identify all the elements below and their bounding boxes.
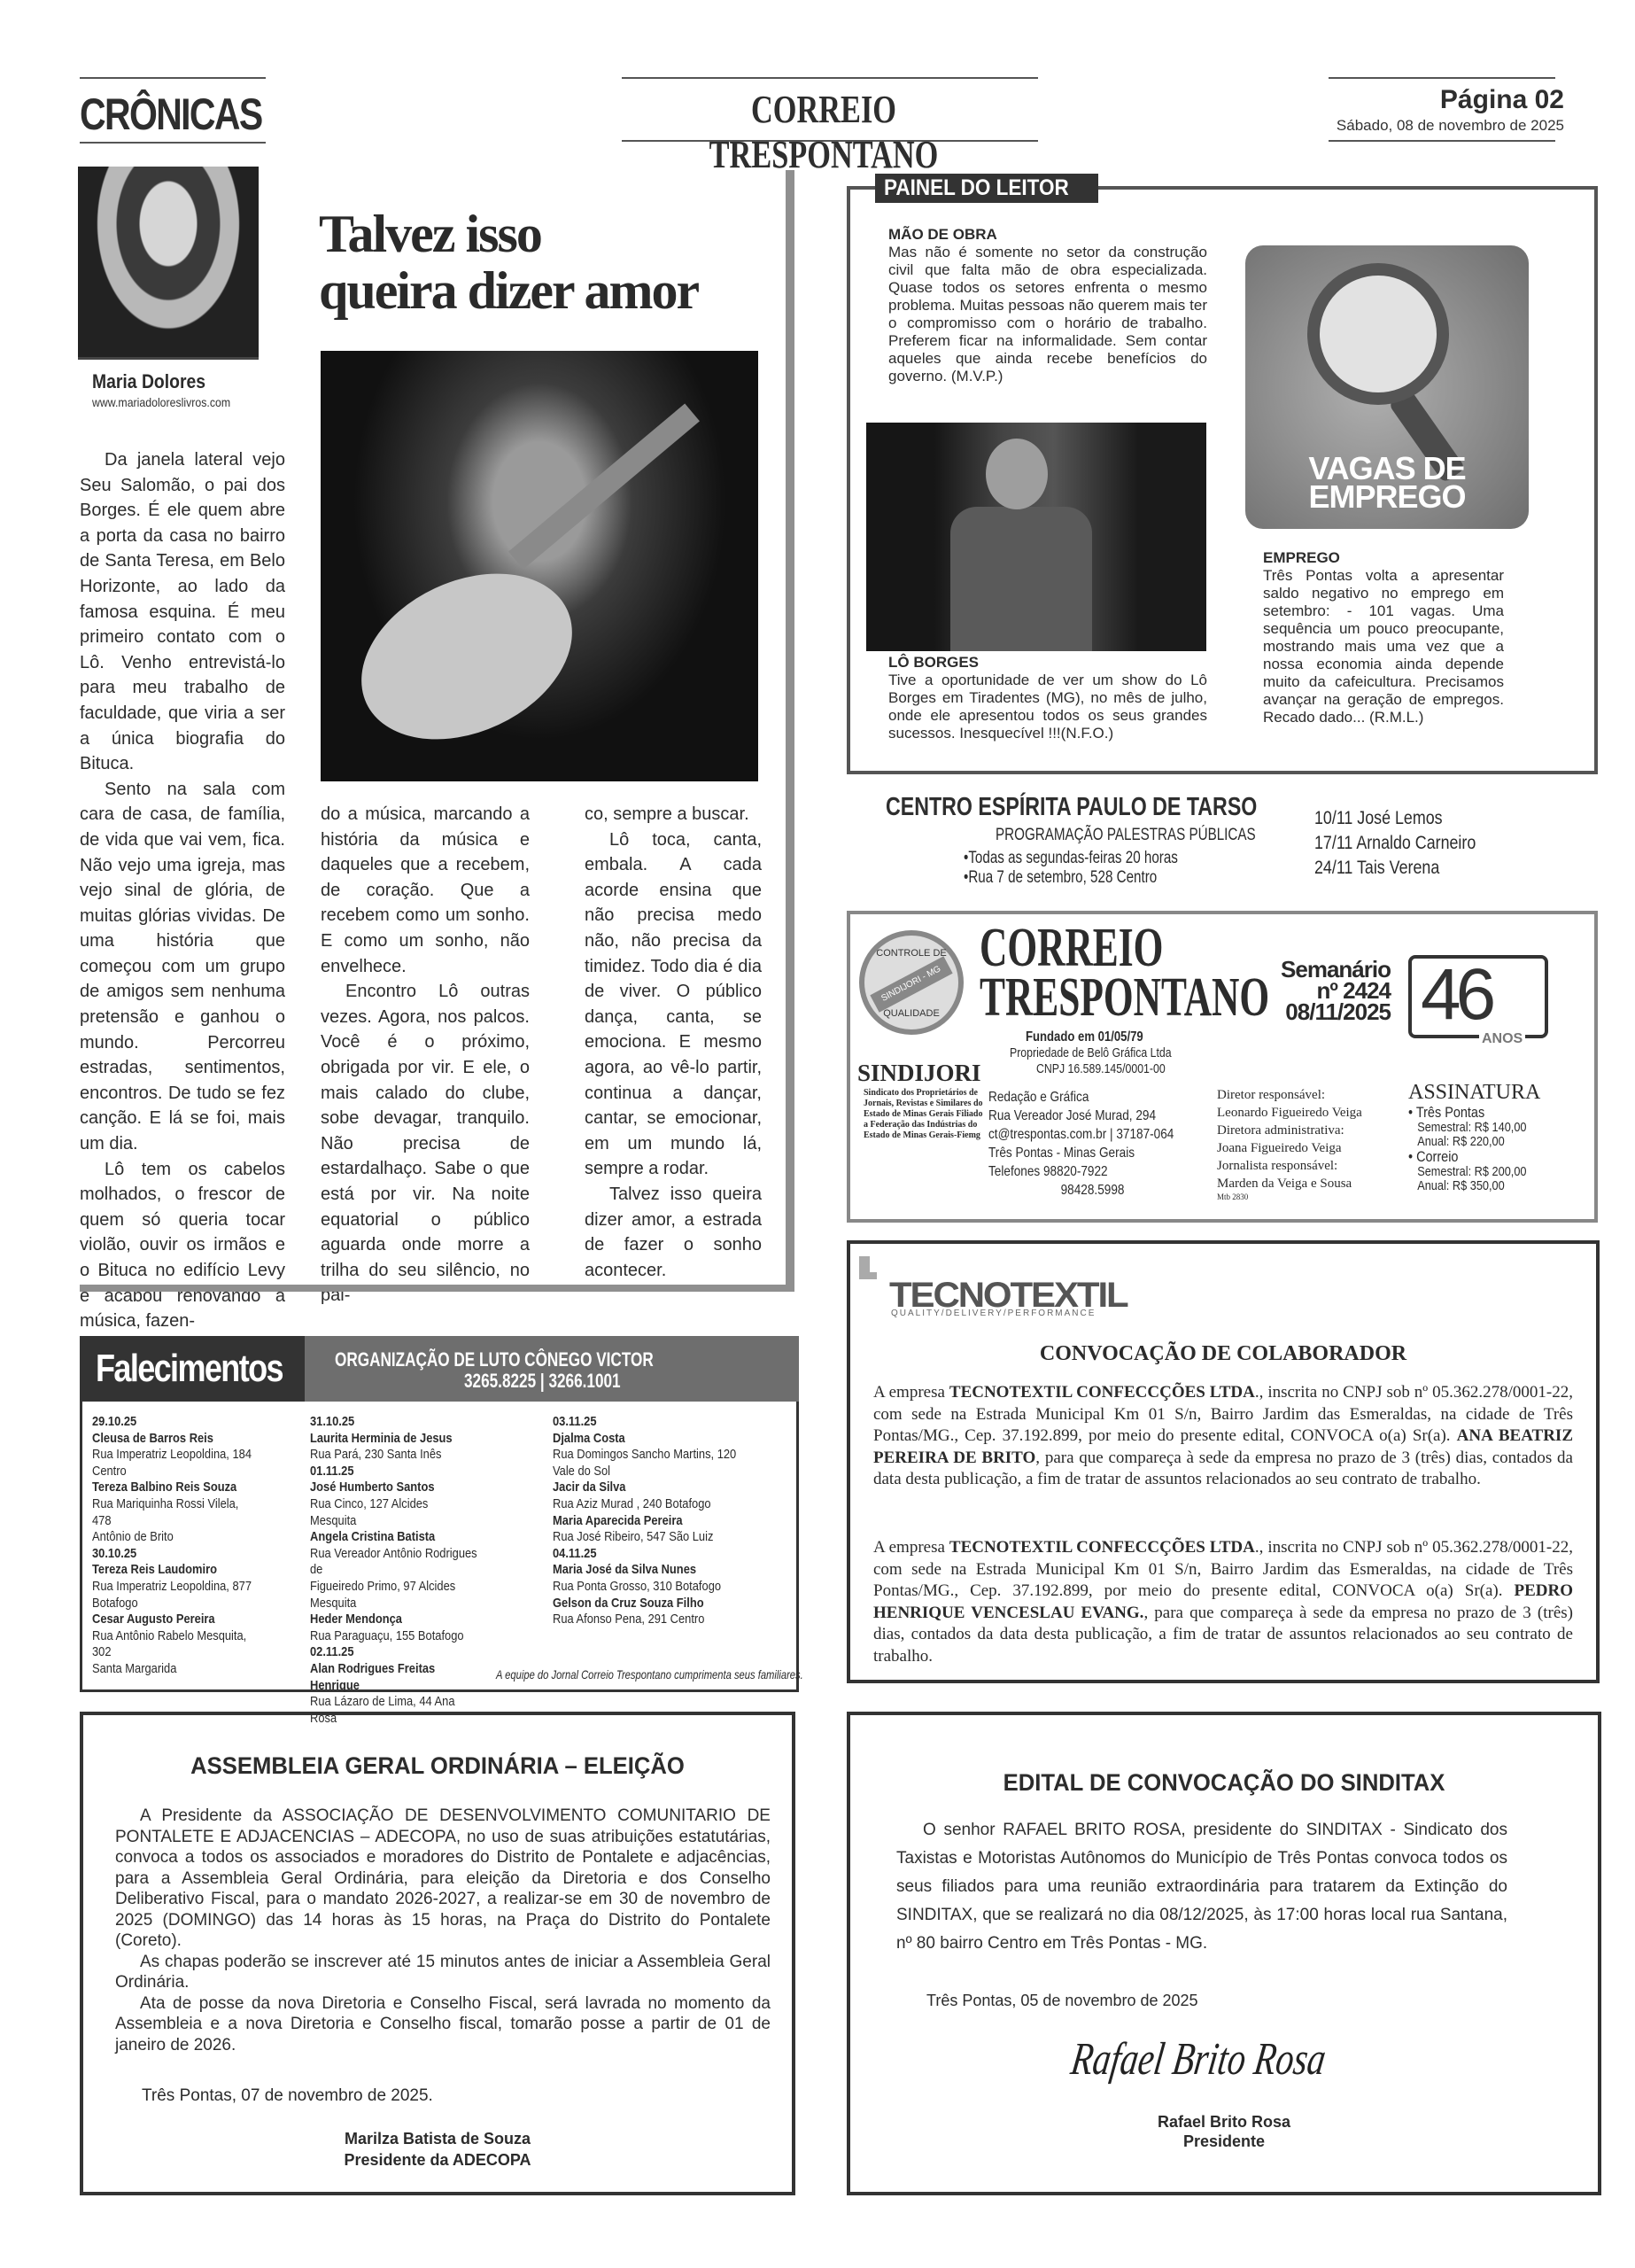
signer-role: Presidente — [847, 2132, 1601, 2151]
header-rule — [1329, 140, 1555, 142]
vagas-image-caption: VAGAS DE EMPREGO — [1245, 454, 1529, 511]
subscription-price: Anual: R$ 220,00 — [1408, 1135, 1527, 1149]
paragraph: co, sempre a buscar. — [585, 802, 762, 827]
letter-title: MÃO DE OBRA — [888, 226, 1207, 244]
obituary-date: 02.11.25 — [310, 1644, 477, 1661]
sinditax-title: EDITAL DE CONVOCAÇÃO DO SINDITAX — [865, 1769, 1582, 1797]
falecimentos-footer: A equipe do Jornal Correio Trespontano c… — [496, 1667, 803, 1682]
signer-name: Marilza Batista de Souza — [80, 2128, 795, 2149]
funeral-home-name: ORGANIZAÇÃO DE LUTO CÔNEGO VICTOR — [335, 1348, 654, 1371]
subscription-price: Semestral: R$ 200,00 — [1408, 1165, 1527, 1179]
author-website[interactable]: www.mariadoloreslivros.com — [92, 395, 230, 409]
sindijori-logo: SINDIJORI — [857, 1060, 981, 1087]
sinditax-signer: Rafael Brito Rosa Presidente — [847, 2112, 1601, 2151]
staff-list: Diretor responsável: Leonardo Figueiredo… — [1217, 1086, 1362, 1201]
obituary-date: 31.10.25 — [310, 1414, 477, 1431]
obituary-address: Botafogo — [92, 1596, 260, 1612]
owner: Propriedade de Belô Gráfica Ltda — [1010, 1045, 1172, 1060]
centro-espirita-subtitle: PROGRAMAÇÃO PALESTRAS PÚBLICAS — [996, 826, 1256, 845]
obituary-address: Santa Margarida — [92, 1661, 260, 1678]
obituary-address: Rua Imperatriz Leopoldina, 184 — [92, 1447, 260, 1464]
centro-espirita-bullet: •Todas as segundas-feiras 20 horas — [964, 849, 1178, 868]
schedule-item: 24/11 Tais Verena — [1314, 856, 1476, 881]
photo-figure — [950, 507, 1092, 651]
header-rule — [80, 142, 266, 144]
staff-line: Joana Figueiredo Veiga — [1217, 1139, 1362, 1157]
guitar-body — [335, 541, 599, 772]
obituary-address: Rua Vereador Antônio Rodrigues de — [310, 1546, 477, 1579]
tecnotextil-paragraph-1: A empresa TECNOTEXTIL CONFECCÇÕES LTDA.,… — [873, 1382, 1573, 1491]
article-frame-right — [786, 170, 794, 1288]
paragraph: A Presidente da ASSOCIAÇÃO DE DESENVOLVI… — [115, 1806, 771, 1952]
assembleia-title: ASSEMBLEIA GERAL ORDINÁRIA – ELEIÇÃO — [97, 1752, 778, 1780]
contact-phone: 98428.5998 — [988, 1181, 1174, 1200]
obituary-address: Centro — [92, 1464, 260, 1480]
subscription-info: ASSINATURA • Três Pontas Semestral: R$ 1… — [1408, 1081, 1547, 1193]
subscription-price: Semestral: R$ 140,00 — [1408, 1121, 1527, 1135]
logo-line: TRESPONTANO — [980, 973, 1269, 1022]
quality-seal-icon: CONTROLE DE SINDIJORI - MG QUALIDADE — [859, 930, 964, 1035]
paragraph: Ata de posse da nova Diretoria e Conselh… — [115, 1993, 771, 2056]
centro-espirita-title: CENTRO ESPÍRITA PAULO DE TARSO — [886, 793, 1257, 822]
header-rule — [80, 77, 266, 79]
letter-mao-de-obra: MÃO DE OBRA Mas não é somente no setor d… — [888, 226, 1207, 385]
obituary-address: Rua Aziz Murad , 240 Botafogo — [553, 1496, 751, 1513]
paragraph: Encontro Lô outras vezes. Agora, nos pal… — [321, 979, 530, 1309]
paragraph: Lô tem os cabelos molhados, o frescor de… — [80, 1157, 285, 1334]
obituary-column-1: 29.10.25Cleusa de Barros ReisRua Imperat… — [92, 1414, 260, 1678]
article-headline: Talvez isso queira dizer amor — [319, 206, 698, 319]
page-number: Página 02 — [1440, 85, 1564, 115]
company-name: TECNOTEXTIL CONFECCÇÕES LTDA — [949, 1383, 1255, 1402]
obituary-name: Cleusa de Barros Reis — [92, 1431, 260, 1448]
obituary-name: Alan Rodrigues Freitas Henrique — [310, 1661, 477, 1694]
anniversary-number: 46 — [1421, 953, 1491, 1037]
article-column-3: co, sempre a buscar. Lô toca, canta, emb… — [585, 802, 762, 1283]
obituary-name: Djalma Costa — [553, 1431, 751, 1448]
obituary-name: Laurita Herminia de Jesus — [310, 1431, 477, 1448]
contact-line: Redação e Gráfica — [988, 1088, 1174, 1107]
issue-date: Sábado, 08 de novembro de 2025 — [1337, 117, 1564, 135]
obituary-address: Figueiredo Primo, 97 Alcides Mesquita — [310, 1579, 477, 1612]
letter-text: Três Pontas volta a apresentar saldo neg… — [1263, 567, 1504, 726]
logo-line: CORREIO — [980, 923, 1269, 973]
header-rule — [622, 77, 1038, 79]
signer-role: Presidente da ADECOPA — [80, 2149, 795, 2171]
staff-line: Diretora administrativa: — [1217, 1122, 1362, 1139]
assembleia-date: Três Pontas, 07 de novembro de 2025. — [142, 2086, 433, 2106]
palestras-schedule: 10/11 José Lemos 17/11 Arnaldo Carneiro … — [1314, 806, 1476, 881]
anniversary-badge-icon: 46 ANOS — [1408, 955, 1548, 1038]
subscription-title: ASSINATURA — [1408, 1081, 1547, 1105]
obituary-name: Angela Cristina Batista — [310, 1529, 477, 1546]
assembleia-body: A Presidente da ASSOCIAÇÃO DE DESENVOLVI… — [115, 1806, 771, 2055]
newspaper-logo: CORREIO TRESPONTANO — [980, 923, 1269, 1022]
obituary-address: Rua José Ribeiro, 547 São Luiz — [553, 1529, 751, 1546]
letter-text: Tive a oportunidade de ver um show do Lô… — [888, 672, 1207, 742]
obituary-date: 30.10.25 — [92, 1546, 260, 1563]
paragraph: As chapas poderão se inscrever até 15 mi… — [115, 1952, 771, 1993]
obituary-date: 04.11.25 — [553, 1546, 751, 1563]
obituary-name: Jacir da Silva — [553, 1480, 751, 1496]
obituary-column-2: 31.10.25Laurita Herminia de JesusRua Par… — [310, 1414, 477, 1727]
subscription-option: • Três Pontas — [1408, 1105, 1527, 1121]
vagas-de-emprego-image: VAGAS DE EMPREGO — [1245, 245, 1529, 529]
obituary-address: Vale do Sol — [553, 1464, 751, 1480]
tecnotextil-title: CONVOCAÇÃO DE COLABORADOR — [847, 1342, 1600, 1366]
header-rule — [1329, 77, 1555, 79]
obituary-date: 01.11.25 — [310, 1464, 477, 1480]
obituary-address: Rua Ponta Grosso, 310 Botafogo — [553, 1579, 751, 1596]
article-frame-bottom — [80, 1285, 794, 1292]
subscription-option: • Correio — [1408, 1149, 1527, 1165]
obituary-column-3: 03.11.25Djalma CostaRua Domingos Sancho … — [553, 1414, 751, 1628]
obituary-address: Rua Paraguaçu, 155 Botafogo — [310, 1628, 477, 1645]
obituary-name: Maria José da Silva Nunes — [553, 1562, 751, 1579]
contact-email[interactable]: ct@trespontas.com.br | 37187-064 — [988, 1125, 1174, 1144]
sinditax-body: O senhor RAFAEL BRITO ROSA, presidente d… — [896, 1816, 1507, 1958]
letter-title: LÔ BORGES — [888, 654, 1207, 672]
contact-line: Rua Vereador José Murad, 294 — [988, 1107, 1174, 1125]
obituary-date: 29.10.25 — [92, 1414, 260, 1431]
falecimentos-title: Falecimentos — [96, 1347, 283, 1391]
company-name: TECNOTEXTIL CONFECCÇÕES LTDA — [949, 1538, 1255, 1557]
obituary-name: Gelson da Cruz Souza Filho — [553, 1596, 751, 1612]
schedule-item: 10/11 José Lemos — [1314, 806, 1476, 831]
paragraph: Sento na sala com cara de casa, de famíl… — [80, 777, 285, 1157]
assembleia-signer: Marilza Batista de Souza Presidente da A… — [80, 2128, 795, 2171]
headline-line: Talvez isso — [319, 206, 698, 262]
funeral-home-phones: 3265.8225 | 3266.1001 — [464, 1370, 621, 1393]
staff-line: Marden da Veiga e Sousa — [1217, 1175, 1362, 1192]
tecnotextil-tagline: QUALITY/DELIVERY/PERFORMANCE — [891, 1309, 1096, 1318]
author-name: Maria Dolores — [92, 370, 205, 393]
obituary-name: José Humberto Santos — [310, 1480, 477, 1496]
letter-text: Mas não é somente no setor da construção… — [888, 244, 1207, 385]
seal-text: CONTROLE DE — [864, 936, 958, 959]
contact-line: Três Pontas - Minas Gerais — [988, 1144, 1174, 1162]
founded-date: Fundado em 01/05/79 — [1026, 1029, 1143, 1045]
schedule-item: 17/11 Arnaldo Carneiro — [1314, 831, 1476, 856]
obituary-name: Cesar Augusto Pereira — [92, 1612, 260, 1628]
obituary-address: Rua Cinco, 127 Alcides Mesquita — [310, 1496, 477, 1529]
seal-text: QUALIDADE — [864, 1008, 958, 1019]
issue-date: 08/11/2025 — [1249, 1001, 1391, 1022]
seal-band: SINDIJORI - MG — [870, 956, 952, 1013]
contact-phone: Telefones 98820-7922 — [988, 1162, 1174, 1181]
centro-espirita-bullet: •Rua 7 de setembro, 528 Centro — [964, 868, 1157, 888]
anniversary-label: ANOS — [1479, 1031, 1525, 1047]
obituary-address: Rua Pará, 230 Santa Inês — [310, 1447, 477, 1464]
author-photo — [78, 167, 259, 360]
staff-line: Leonardo Figueiredo Veiga — [1217, 1104, 1362, 1122]
article-photo-singer — [321, 351, 758, 781]
article-column-1: Da janela lateral vejo Seu Salomão, o pa… — [80, 447, 285, 1334]
headline-line: queira dizer amor — [319, 262, 698, 319]
obituary-address: Rua Afonso Pena, 291 Centro — [553, 1612, 751, 1628]
section-title: CRÔNICAS — [80, 89, 262, 140]
cnpj: CNPJ 16.589.145/0001-00 — [1036, 1061, 1166, 1076]
sinditax-date: Três Pontas, 05 de novembro de 2025 — [926, 1992, 1198, 2010]
signer-name: Rafael Brito Rosa — [847, 2112, 1601, 2132]
guitar-neck — [508, 403, 700, 569]
obituary-name: Maria Aparecida Pereira — [553, 1513, 751, 1530]
obituary-address: Rua Antônio Rabelo Mesquita, 302 — [92, 1628, 260, 1661]
obituary-address: Rua Mariquinha Rossi Vilela, 478 — [92, 1496, 260, 1529]
magnifier-icon — [1307, 263, 1449, 405]
staff-line: Diretor responsável: — [1217, 1086, 1362, 1104]
obituary-address: Rua Domingos Sancho Martins, 120 — [553, 1447, 751, 1464]
obituary-address: Rua Imperatriz Leopoldina, 877 — [92, 1579, 260, 1596]
subscription-price: Anual: R$ 350,00 — [1408, 1179, 1527, 1193]
paragraph: Da janela lateral vejo Seu Salomão, o pa… — [80, 447, 285, 777]
handwritten-signature: Rafael Brito Rosa — [1068, 2031, 1329, 2085]
letter-title: EMPREGO — [1263, 549, 1504, 567]
paragraph: Lô toca, canta, embala. A cada acorde en… — [585, 827, 762, 1182]
tecnotextil-logo-mark-icon — [859, 1272, 877, 1279]
obituary-date: 03.11.25 — [553, 1414, 751, 1431]
photo-figure-head — [986, 439, 1048, 509]
lo-borges-photo — [866, 423, 1206, 651]
obituary-name: Heder Mendonça — [310, 1612, 477, 1628]
tecnotextil-paragraph-2: A empresa TECNOTEXTIL CONFECCÇÕES LTDA.,… — [873, 1537, 1573, 1667]
painel-tag: PAINEL DO LEITOR — [875, 174, 1098, 203]
obituary-name: Tereza Reis Laudomiro — [92, 1562, 260, 1579]
article-column-2: do a música, marcando a história da músi… — [321, 802, 530, 1309]
staff-line: Jornalista responsável: — [1217, 1157, 1362, 1175]
paragraph: do a música, marcando a história da músi… — [321, 802, 530, 979]
redacao-contact: Redação e Gráfica Rua Vereador José Mura… — [988, 1088, 1174, 1200]
letter-emprego: EMPREGO Três Pontas volta a apresentar s… — [1263, 549, 1504, 726]
sindijori-description: Sindicato dos Proprietários de Jornais, … — [864, 1088, 988, 1141]
obituary-name: Tereza Balbino Reis Souza — [92, 1480, 260, 1496]
obituary-address: Antônio de Brito — [92, 1529, 260, 1546]
mtb-number: Mtb 2830 — [1217, 1192, 1362, 1201]
paragraph: Talvez isso queira dizer amor, a estrada… — [585, 1182, 762, 1283]
newspaper-name: CORREIO TRESPONTANO — [665, 87, 983, 177]
issue-info: Semanário nº 2424 08/11/2025 — [1249, 959, 1391, 1022]
letter-lo-borges: LÔ BORGES Tive a oportunidade de ver um … — [888, 654, 1207, 742]
